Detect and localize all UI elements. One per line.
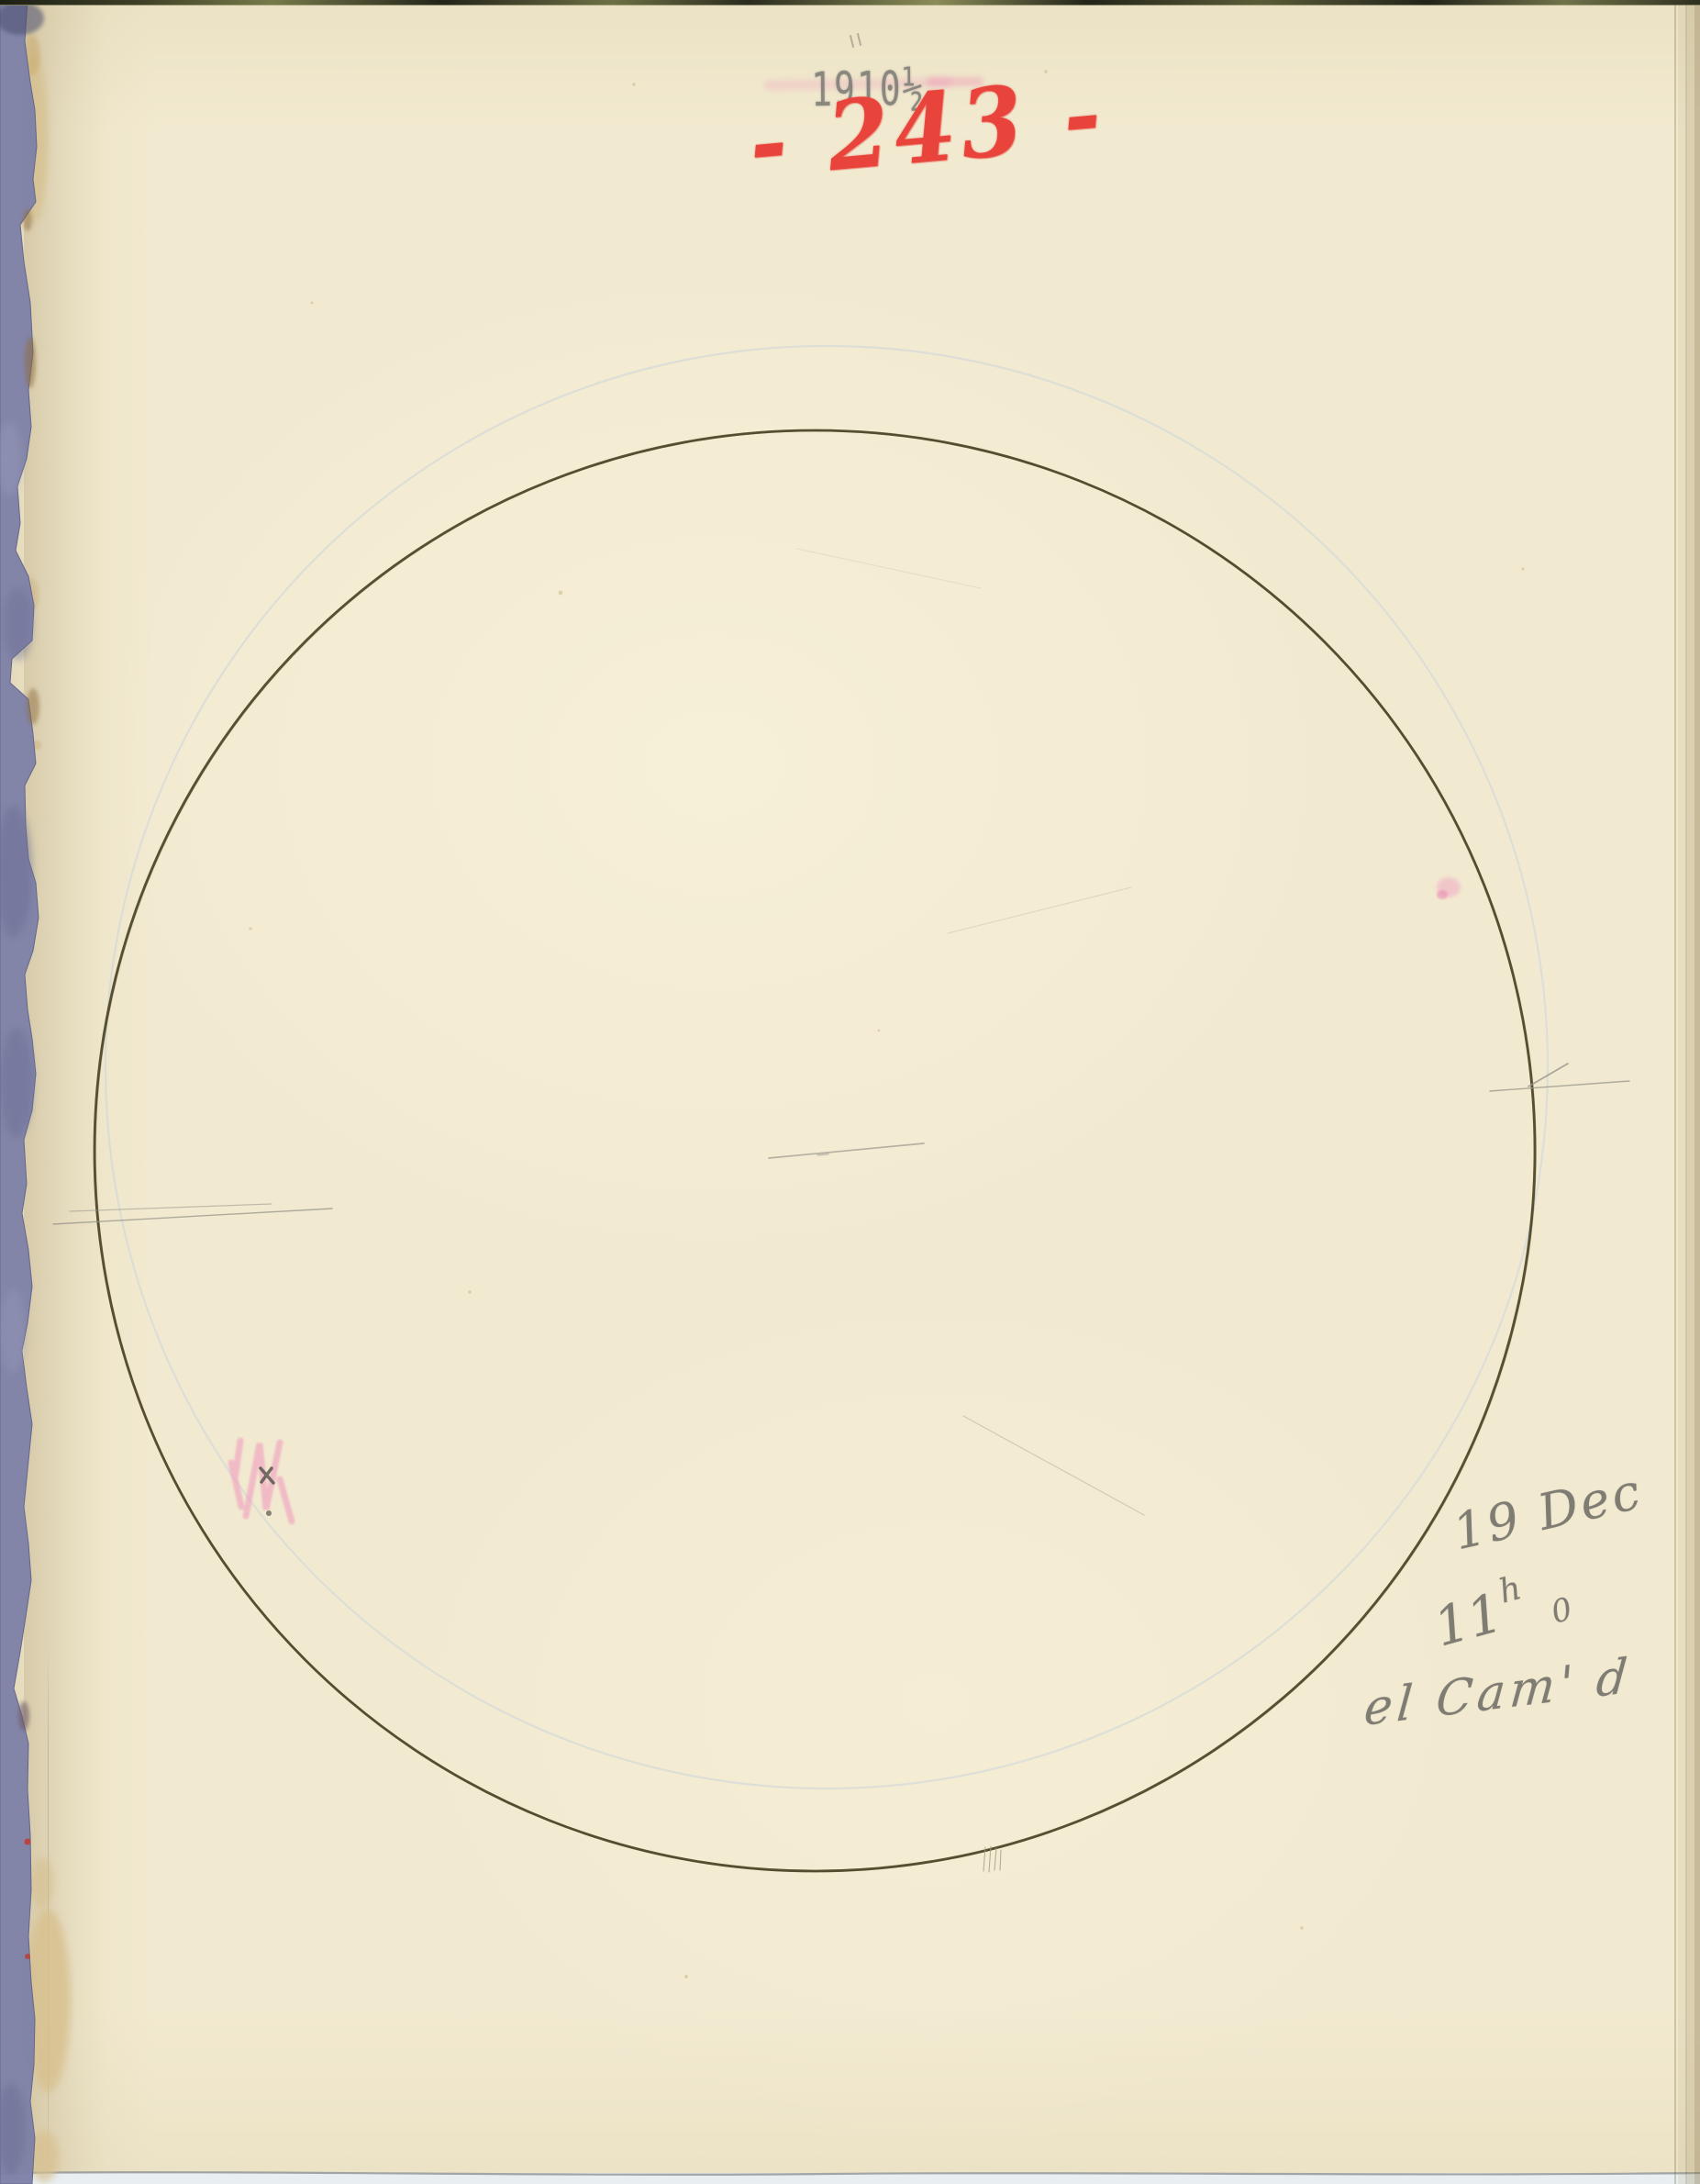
center-dash (769, 1143, 924, 1158)
pencil-guide-circle (106, 346, 1548, 1788)
orientation-ticks (53, 1064, 1629, 1224)
orientation-tick-right (1490, 1081, 1629, 1091)
center-dash-node (818, 1153, 828, 1154)
solar-disk-circle (94, 430, 1535, 1871)
scratch-line (948, 887, 1131, 933)
paper-freckles (249, 70, 1524, 1978)
scratch-line (963, 1416, 1144, 1515)
binding-tape (0, 0, 44, 2184)
small-ink-mark (850, 34, 861, 47)
pink-smudge (1437, 877, 1461, 899)
tape-edge-stain (18, 1701, 29, 1731)
tape-edge-stain (25, 337, 36, 388)
drawing-layer (0, 0, 1700, 2184)
book-top-edge (0, 0, 1700, 6)
pink-crayon-mark (231, 1441, 292, 1521)
orientation-tick-left-2 (70, 1204, 272, 1211)
red-fleck (25, 1839, 31, 1845)
scratch-line (797, 549, 981, 588)
paper-scratches (797, 34, 1144, 1872)
scanned-notebook-page: 1910½ - 243 - 19 Dec 11h0 el Cam' d (0, 0, 1700, 2184)
tape-edge-stain (27, 688, 39, 725)
page-bottom-deckle-edge (0, 2172, 1700, 2175)
tape-edge-stain (23, 209, 32, 231)
solar-disk-circle-ghost (95, 431, 1536, 1872)
red-fleck (25, 1954, 30, 1959)
page-stack-right-edge (1674, 0, 1700, 2184)
